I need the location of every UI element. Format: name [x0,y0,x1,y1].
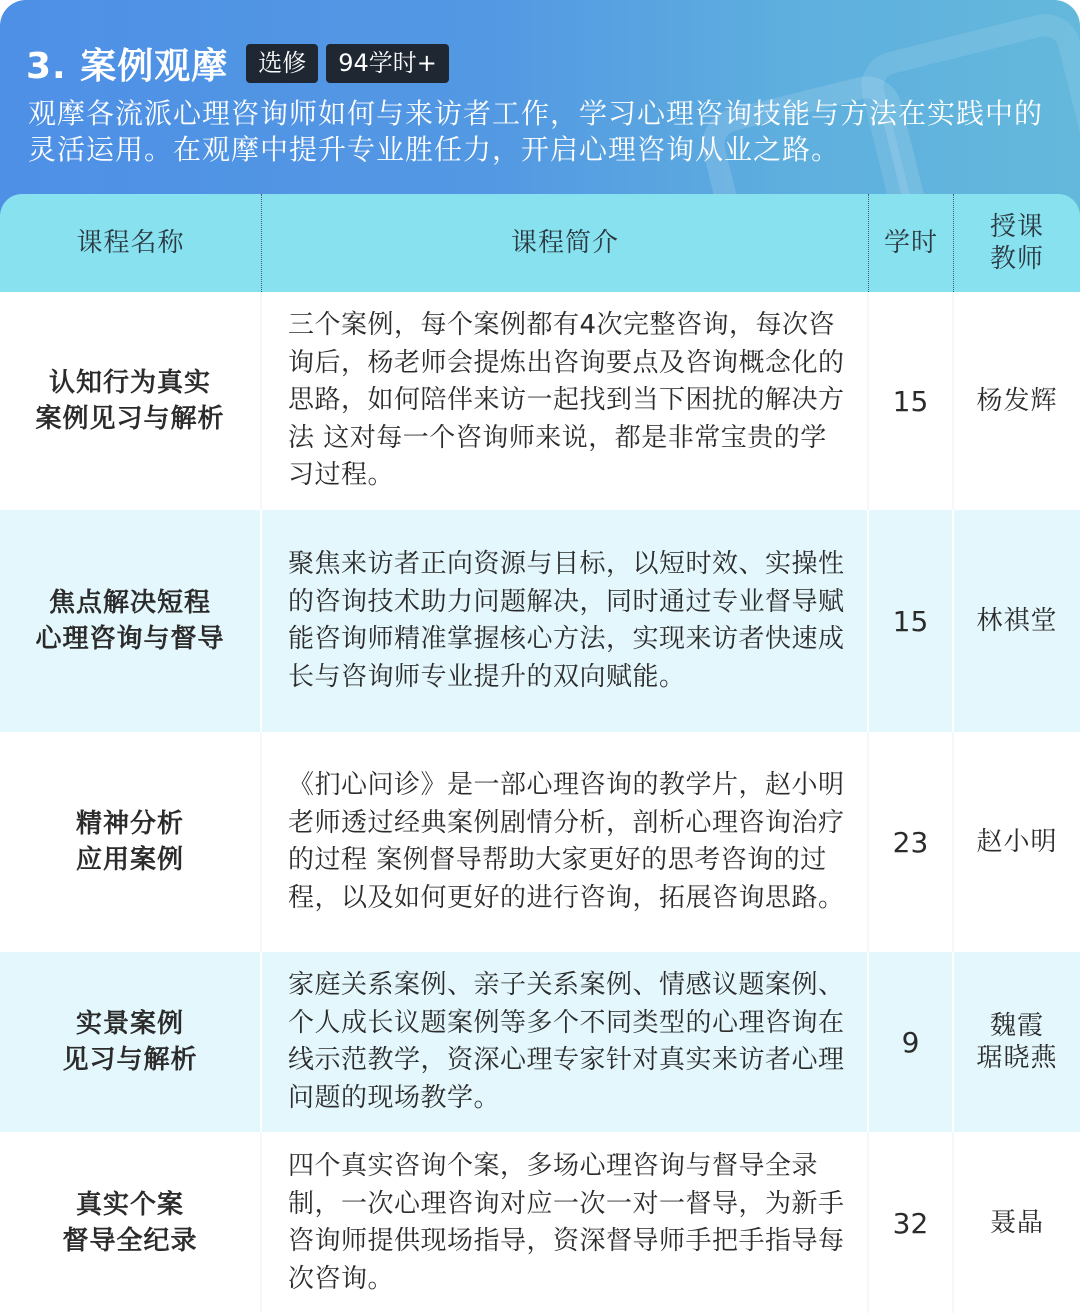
course-description: 家庭关系案例、亲子关系案例、情感议题案例、个人成长议题案例等多个不同类型的心理咨… [262,952,869,1132]
course-teacher: 林祺堂 [954,510,1080,732]
course-name: 实景案例 见习与解析 [0,952,262,1132]
table-row: 实景案例 见习与解析 家庭关系案例、亲子关系案例、情感议题案例、个人成长议题案例… [0,952,1080,1132]
section-intro: 观摩各流派心理咨询师如何与来访者工作，学习心理咨询技能与方法在实践中的灵活运用。… [28,96,1058,168]
column-header-description: 课程简介 [262,194,869,292]
hours-badge: 94学时+ [326,44,449,83]
table-row: 真实个案 督导全纪录 四个真实咨询个案，多场心理咨询与督导全录制，一次心理咨询对… [0,1132,1080,1313]
course-hours: 9 [869,952,954,1132]
course-name: 认知行为真实 案例见习与解析 [0,292,262,510]
course-name: 真实个案 督导全纪录 [0,1132,262,1313]
course-description: 聚焦来访者正向资源与目标，以短时效、实操性的咨询技术助力问题解决，同时通过专业督… [262,510,869,732]
table-row: 认知行为真实 案例见习与解析 三个案例，每个案例都有4次完整咨询，每次咨询后，杨… [0,292,1080,510]
course-description: 四个真实咨询个案，多场心理咨询与督导全录制，一次心理咨询对应一次一对一督导，为新… [262,1132,869,1313]
course-teacher: 杨发辉 [954,292,1080,510]
course-card: 3. 案例观摩 选修 94学时+ 观摩各流派心理咨询师如何与来访者工作，学习心理… [0,0,1080,1313]
course-name: 精神分析 应用案例 [0,732,262,952]
course-description: 《扪心问诊》是一部心理咨询的教学片，赵小明老师透过经典案例剧情分析，剖析心理咨询… [262,732,869,952]
course-description: 三个案例，每个案例都有4次完整咨询，每次咨询后，杨老师会提炼出咨询要点及咨询概念… [262,292,869,510]
elective-badge: 选修 [246,44,318,83]
course-hours: 15 [869,510,954,732]
course-table: 课程名称 课程简介 学时 授课 教师 认知行为真实 案例见习与解析 三个案例，每… [0,194,1080,1313]
table-row: 精神分析 应用案例 《扪心问诊》是一部心理咨询的教学片，赵小明老师透过经典案例剧… [0,732,1080,952]
course-hours: 15 [869,292,954,510]
title-row: 3. 案例观摩 选修 94学时+ [26,38,449,89]
section-title: 3. 案例观摩 [26,38,228,89]
course-hours: 32 [869,1132,954,1313]
column-header-name: 课程名称 [0,194,262,292]
course-hours: 23 [869,732,954,952]
course-teacher: 魏霞 琚晓燕 [954,952,1080,1132]
section-header: 3. 案例观摩 选修 94学时+ 观摩各流派心理咨询师如何与来访者工作，学习心理… [0,0,1080,215]
course-teacher: 聂晶 [954,1132,1080,1313]
table-row: 焦点解决短程 心理咨询与督导 聚焦来访者正向资源与目标，以短时效、实操性的咨询技… [0,510,1080,732]
column-header-hours: 学时 [869,194,954,292]
column-header-teacher: 授课 教师 [954,194,1080,292]
course-teacher: 赵小明 [954,732,1080,952]
course-name: 焦点解决短程 心理咨询与督导 [0,510,262,732]
table-header-row: 课程名称 课程简介 学时 授课 教师 [0,194,1080,292]
